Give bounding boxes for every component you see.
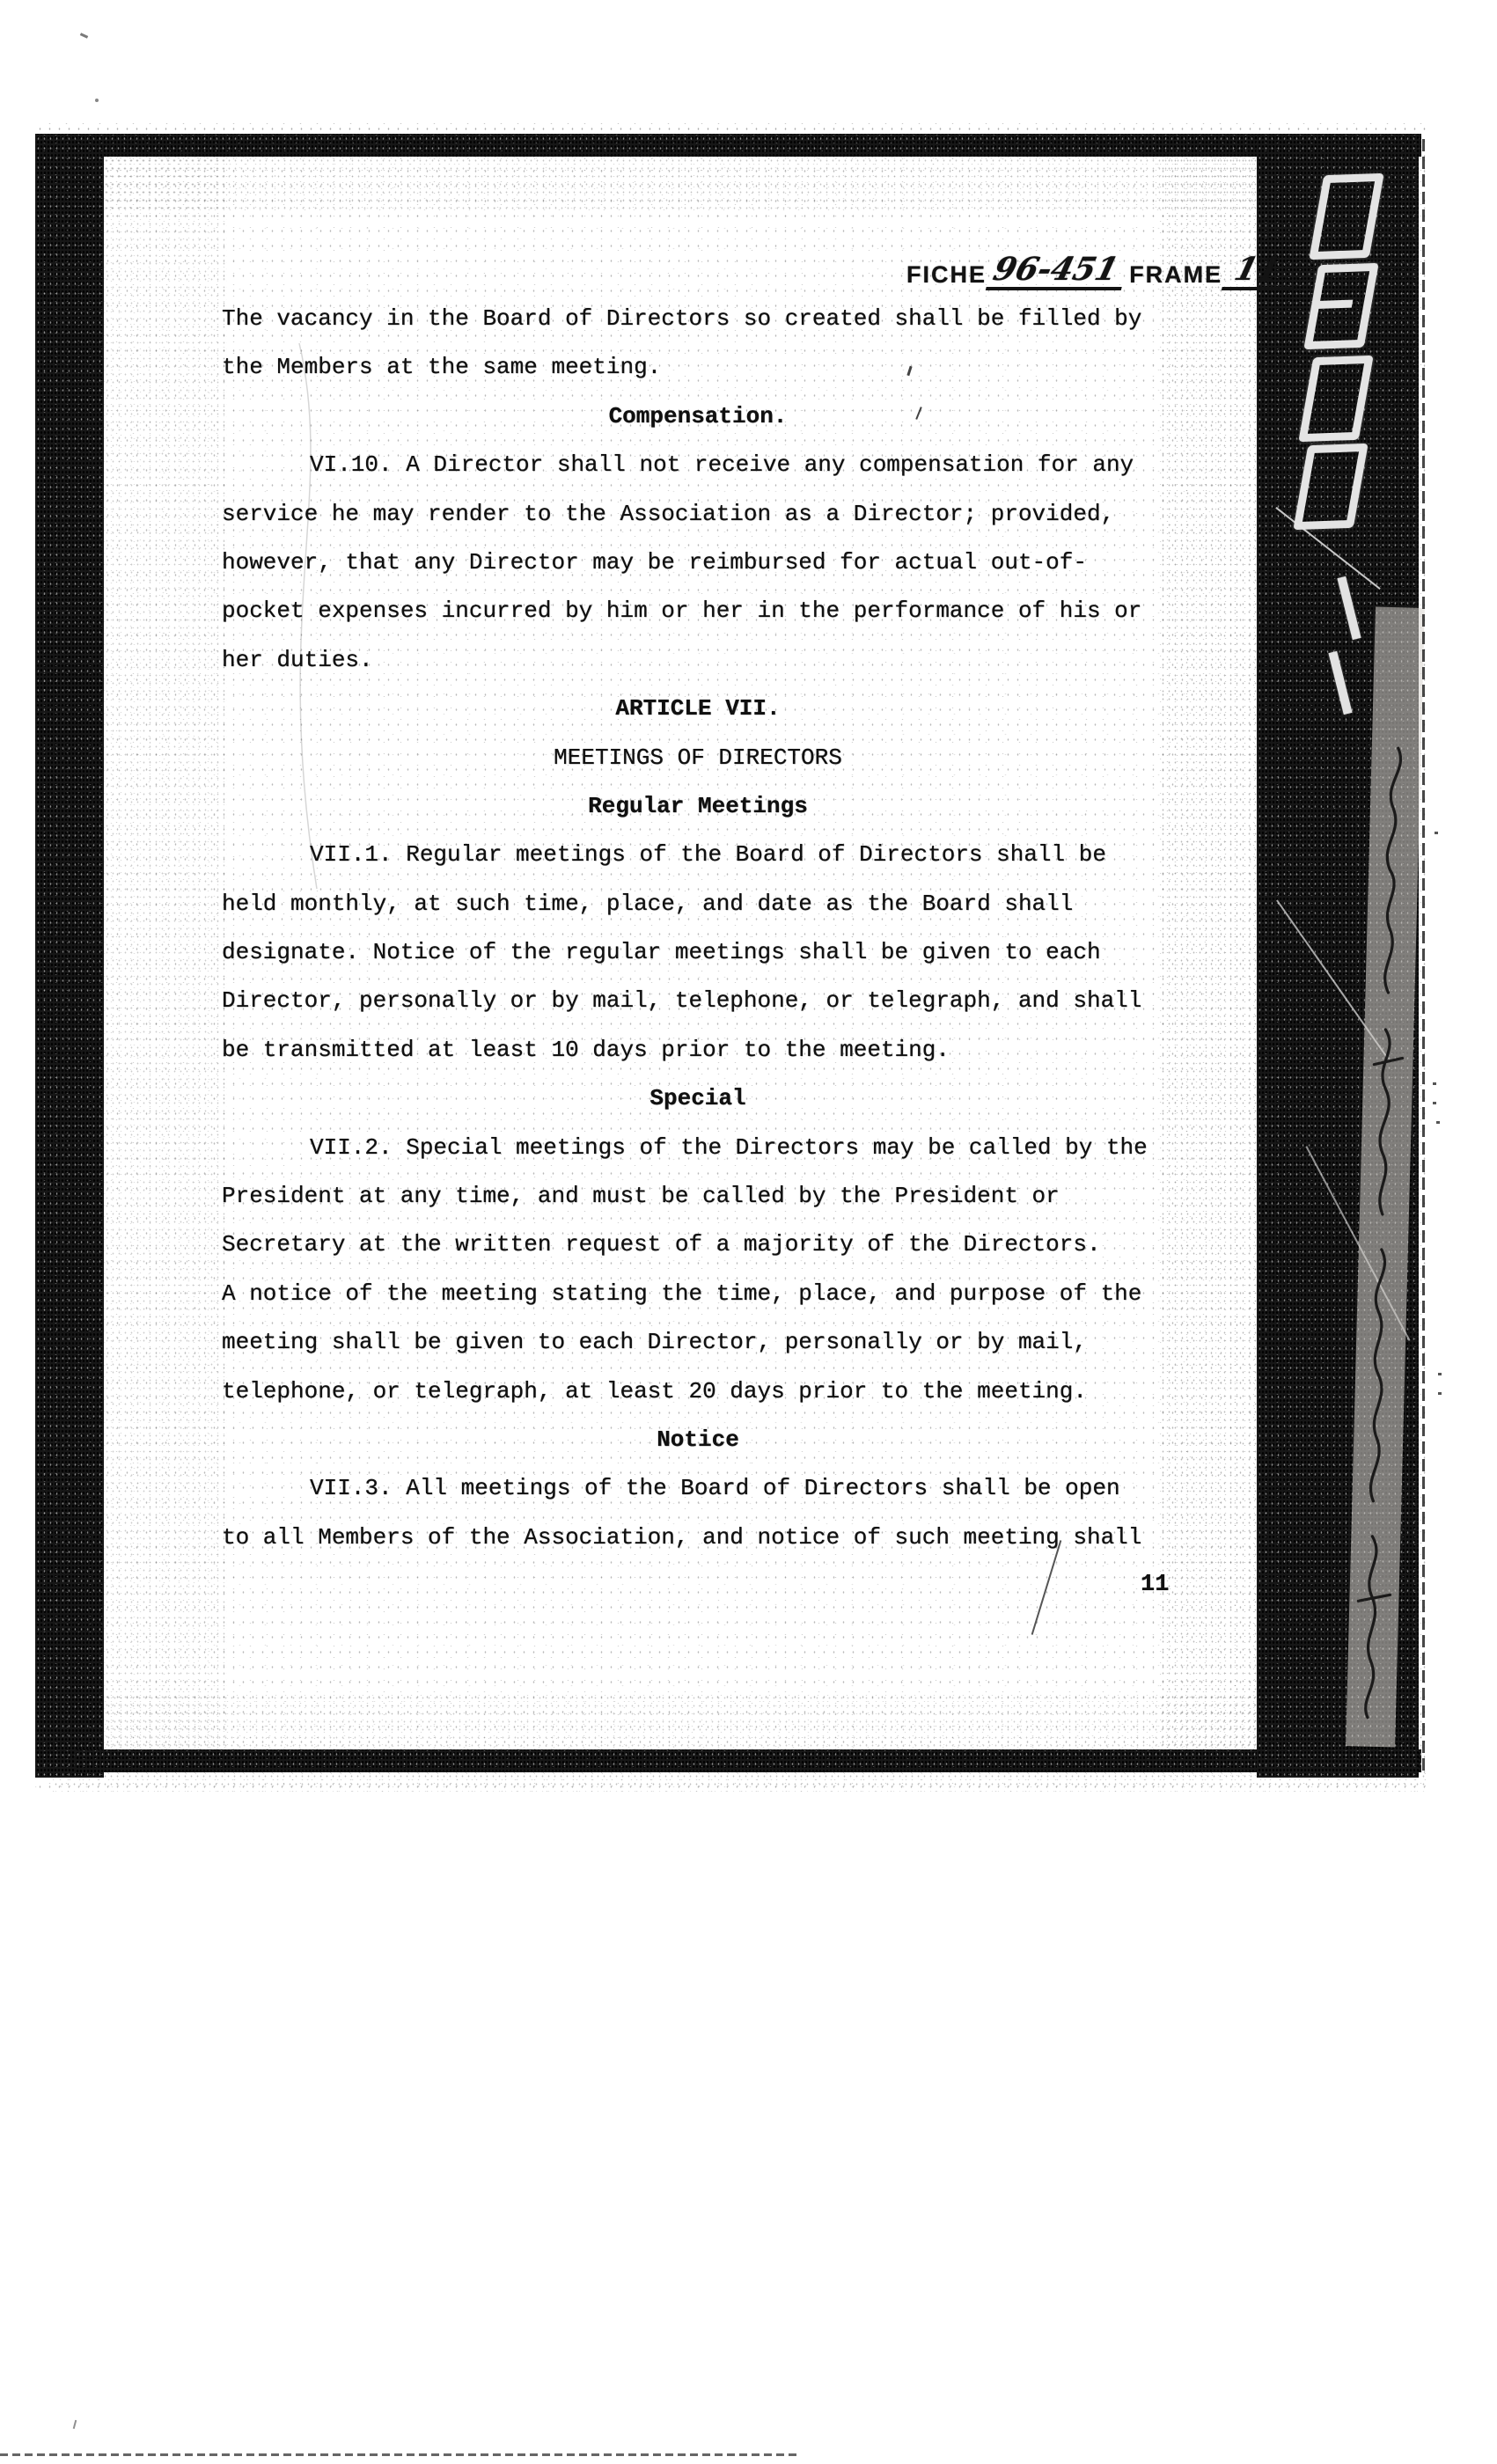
film-digit-0 [1309,173,1384,260]
document-scan: FICHE 96-451 FRAME 11 The vacancy in the… [0,0,1497,2464]
document-line: to all Members of the Association, and n… [222,1514,1174,1562]
section-heading-compensation: Compensation. [222,392,1174,441]
document-line: telephone, or telegraph, at least 20 day… [222,1368,1174,1416]
document-line: VII.3. All meetings of the Board of Dire… [222,1464,1174,1513]
section-heading-special: Special [222,1074,1174,1123]
fiche-frame-stamp: FICHE 96-451 FRAME 11 [906,245,1298,290]
scan-grain-left [104,157,227,1767]
document-line: however, that any Director may be reimbu… [222,539,1174,587]
margin-tick [1435,832,1438,834]
document-line: Secretary at the written request of a ma… [222,1221,1174,1269]
fiche-number-handwritten: 96-451 [986,253,1131,290]
scan-grain-under [53,1772,1426,1792]
document-line: President at any time, and must be calle… [222,1172,1174,1221]
film-digit-0 [1298,356,1374,442]
margin-tick [1433,1102,1436,1104]
fiche-label: FICHE [906,263,987,290]
document-line: the Members at the same meeting. [222,343,1174,392]
stray-mark [80,33,88,39]
frame-label: FRAME [1129,263,1222,290]
document-line: pocket expenses incurred by him or her i… [222,587,1174,635]
document-line: her duties. [222,636,1174,685]
film-digit-0 [1293,444,1369,530]
stray-mark [95,99,99,102]
document-line: VII.1. Regular meetings of the Board of … [222,831,1174,879]
document-line: VII.2. Special meetings of the Directors… [222,1124,1174,1172]
film-digit-1 [1328,651,1352,715]
document-line: service he may render to the Association… [222,490,1174,539]
margin-tick [1438,1392,1442,1395]
film-digit-8 [1303,263,1379,349]
article-subheading: MEETINGS OF DIRECTORS [222,734,1174,782]
scan-grain-right [1160,157,1257,1776]
document-line: Director, personally or by mail, telepho… [222,977,1174,1025]
film-right-strip [1257,134,1419,1778]
article-heading: ARTICLE VII. [222,685,1174,733]
document-line: A notice of the meeting stating the time… [222,1270,1174,1318]
margin-tick [1433,1082,1436,1085]
margin-tick [1436,1121,1440,1124]
document-line: VI.10. A Director shall not receive any … [222,441,1174,489]
film-bottom-band [75,1749,1421,1772]
document-line: designate. Notice of the regular meeting… [222,928,1174,977]
bottom-film-edge [0,2453,796,2456]
film-digit-1 [1337,576,1361,640]
film-top-band [35,134,1421,157]
margin-tick [1438,1373,1442,1375]
page-number: 11 [1141,1572,1169,1598]
stray-mark [73,2420,77,2429]
document-text: The vacancy in the Board of Directors so… [222,295,1174,1562]
film-left-strip [35,134,104,1778]
document-line: The vacancy in the Board of Directors so… [222,295,1174,343]
scan-grain-above [35,121,1426,134]
scan-grain-bottom [75,1694,1426,1749]
section-heading-notice: Notice [222,1416,1174,1464]
document-line: meeting shall be given to each Director,… [222,1318,1174,1367]
document-line: held monthly, at such time, place, and d… [222,880,1174,928]
document-line: be transmitted at least 10 days prior to… [222,1026,1174,1074]
section-heading-regular-meetings: Regular Meetings [222,782,1174,831]
film-edge-line [1422,139,1425,1774]
frame-number-handwritten: 11 [1222,253,1303,290]
margin-handwriting [1346,606,1425,1747]
